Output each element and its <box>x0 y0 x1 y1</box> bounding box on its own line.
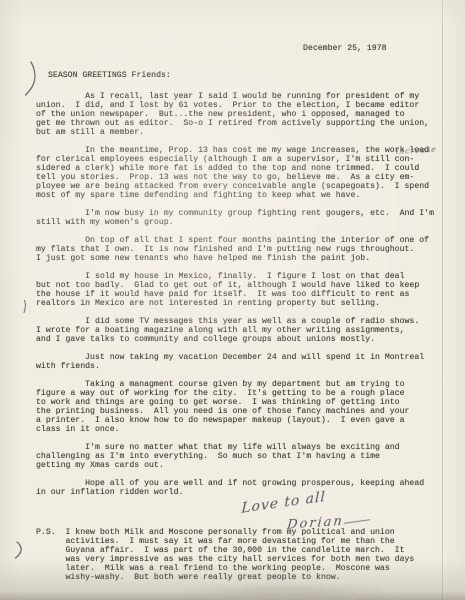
letter-paragraph: Just now taking my vacation December 24 … <box>36 353 448 371</box>
letter-paragraph: Hope all of you are well and if not grow… <box>36 479 448 497</box>
scanned-letter-page: December 25, 1978 SEASON GREETINGS Frien… <box>0 0 465 600</box>
paper-crease <box>442 0 443 600</box>
letter-salutation: SEASON GREETINGS Friends: <box>48 71 171 80</box>
letter-paragraph: As I recall, last year I said I would be… <box>36 92 448 137</box>
scan-bottom-shadow <box>0 591 465 600</box>
pen-mark-mid-left <box>22 300 29 314</box>
letter-date: December 25, 1978 <box>303 44 387 53</box>
letter-paragraph: I sold my house in Mexico, finally. I fi… <box>36 272 448 308</box>
letter-postscript: P.S. I knew both Milk and Moscone person… <box>36 528 448 582</box>
pen-mark-postscript <box>13 541 26 560</box>
letter-paragraph: I did some TV messages this year as well… <box>36 317 448 344</box>
letter-paragraph: On top of all that I spent four months p… <box>36 236 448 263</box>
letter-paragraph: In the meantime, Prop. 13 has cost me my… <box>36 146 448 200</box>
letter-paragraph: I'm now busy in my community group fight… <box>36 209 448 227</box>
pen-mark-top-left <box>22 61 38 97</box>
letter-paragraph: I'm sure no matter what that my life wil… <box>36 443 448 470</box>
letter-paragraph: Taking a managment course given by my de… <box>36 380 448 434</box>
